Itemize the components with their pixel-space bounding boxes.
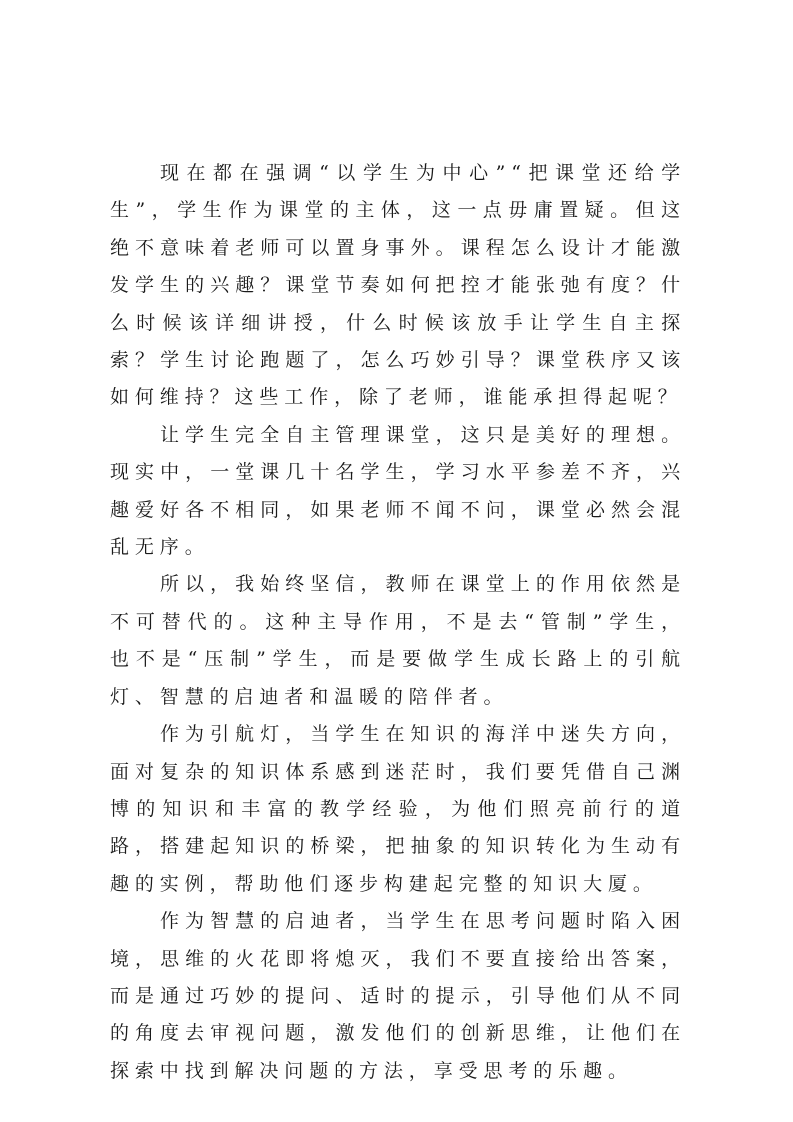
paragraph-teacher-role: 所以，我始终坚信，教师在课堂上的作用依然是不可替代的。这种主导作用，不是去“管制… xyxy=(110,566,686,716)
paragraph-student-centered: 现在都在强调“以学生为中心”“把课堂还给学生”，学生作为课堂的主体，这一点毋庸置… xyxy=(110,155,686,417)
document-page: 现在都在强调“以学生为中心”“把课堂还给学生”，学生作为课堂的主体，这一点毋庸置… xyxy=(110,155,686,1090)
paragraph-self-management: 让学生完全自主管理课堂，这只是美好的理想。现实中，一堂课几十名学生，学习水平参差… xyxy=(110,417,686,567)
paragraph-guiding-light: 作为引航灯，当学生在知识的海洋中迷失方向，面对复杂的知识体系感到迷茫时，我们要凭… xyxy=(110,716,686,903)
paragraph-wisdom-inspirer: 作为智慧的启迪者，当学生在思考问题时陷入困境，思维的火花即将熄灭，我们不要直接给… xyxy=(110,903,686,1090)
